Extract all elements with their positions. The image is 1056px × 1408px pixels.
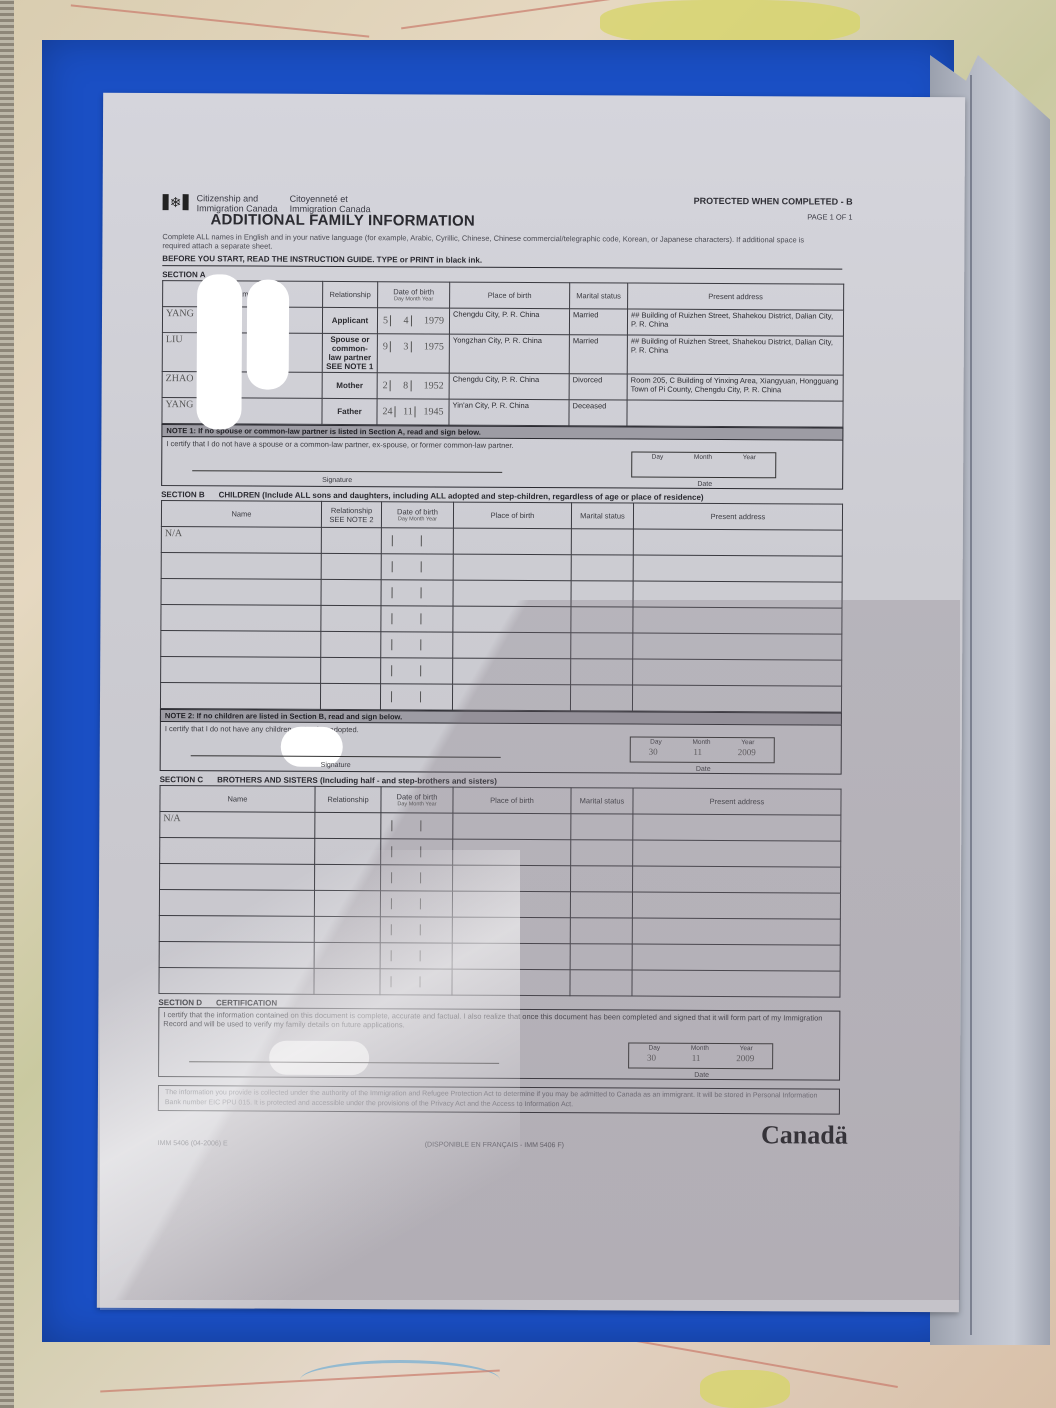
- redaction-mark: [281, 727, 343, 767]
- place-cell[interactable]: [453, 528, 571, 555]
- form-paper: ❄ Citizenship andImmigration Canada Cito…: [97, 93, 965, 1312]
- redaction-mark: [196, 274, 242, 429]
- relationship-cell[interactable]: [314, 916, 380, 942]
- dob-cell[interactable]: [381, 813, 453, 839]
- name-cell[interactable]: [161, 579, 321, 606]
- place-cell[interactable]: [452, 969, 570, 996]
- relationship-cell[interactable]: [321, 657, 381, 683]
- address-cell[interactable]: [632, 892, 840, 919]
- dob-cell[interactable]: [381, 554, 453, 580]
- address-cell[interactable]: [633, 866, 841, 893]
- name-cell[interactable]: [161, 605, 321, 632]
- address-cell[interactable]: [633, 607, 842, 634]
- dob-cell[interactable]: [381, 865, 453, 891]
- relationship-cell[interactable]: [320, 683, 380, 709]
- dob-cell[interactable]: [381, 580, 453, 606]
- table-row: [159, 916, 840, 946]
- column-header: Name: [163, 281, 323, 308]
- marital-cell[interactable]: [571, 659, 633, 685]
- place-cell[interactable]: Chengdu City, P. R. China: [449, 308, 569, 335]
- column-header: Marital status: [570, 283, 628, 309]
- column-header: Place of birth: [453, 502, 571, 529]
- relationship-cell[interactable]: [315, 864, 381, 890]
- relationship-cell[interactable]: [314, 890, 380, 916]
- certify-text: I certify that the information contained…: [163, 1010, 835, 1032]
- column-header: Present address: [633, 503, 842, 530]
- signature-field[interactable]: [191, 755, 501, 758]
- name-cell[interactable]: [159, 916, 314, 943]
- place-cell[interactable]: Yongzhan City, P. R. China: [449, 334, 569, 374]
- name-cell[interactable]: N/A: [160, 812, 315, 839]
- address-cell[interactable]: ## Building of Ruizhen Street, Shahekou …: [627, 309, 843, 336]
- marital-cell[interactable]: Divorced: [569, 374, 627, 400]
- marital-cell[interactable]: Deceased: [569, 400, 627, 426]
- address-cell[interactable]: [632, 918, 840, 945]
- name-cell[interactable]: [159, 890, 314, 917]
- marital-cell[interactable]: [571, 529, 633, 555]
- place-cell[interactable]: [453, 632, 571, 659]
- dob-cell[interactable]: 24111945: [377, 399, 449, 425]
- french-availability: (DISPONIBLE EN FRANÇAIS - IMM 5406 F): [425, 1141, 564, 1149]
- dob-cell[interactable]: [381, 632, 453, 658]
- name-cell[interactable]: LIU: [162, 333, 322, 373]
- relationship-cell[interactable]: [315, 838, 381, 864]
- dob-cell[interactable]: [381, 528, 453, 554]
- name-cell[interactable]: YANG: [162, 307, 322, 334]
- address-cell[interactable]: [633, 581, 842, 608]
- table-row: [161, 605, 842, 635]
- column-header: Present address: [628, 283, 844, 310]
- place-cell[interactable]: [452, 684, 570, 711]
- protected-label: PROTECTED WHEN COMPLETED - B: [694, 196, 853, 207]
- column-header: Marital status: [571, 503, 633, 529]
- relationship-cell[interactable]: [314, 968, 380, 994]
- name-cell[interactable]: N/A: [161, 527, 321, 554]
- relationship-cell: Spouse or common-law partner SEE NOTE 1: [322, 333, 377, 372]
- marital-cell[interactable]: [570, 918, 632, 944]
- signature-field[interactable]: [192, 470, 502, 473]
- column-header: Date of birthDay Month Year: [378, 282, 450, 308]
- dob-cell[interactable]: [380, 943, 452, 969]
- dob-cell[interactable]: 541979: [377, 308, 449, 334]
- place-cell[interactable]: [453, 580, 571, 607]
- place-cell[interactable]: [452, 891, 570, 918]
- column-header: Relationship: [315, 786, 381, 812]
- relationship-cell[interactable]: [315, 812, 381, 838]
- marital-cell[interactable]: [570, 970, 632, 996]
- date-field[interactable]: DayMonthYear 30112009: [630, 737, 775, 764]
- date-label: Date: [697, 481, 712, 488]
- place-cell[interactable]: [453, 839, 571, 866]
- name-cell[interactable]: [159, 942, 314, 969]
- relationship-cell: Father: [322, 398, 377, 424]
- name-cell[interactable]: [161, 631, 321, 658]
- section-d-certification: I certify that the information contained…: [158, 1007, 840, 1081]
- instructions: Complete ALL names in English and in you…: [162, 232, 812, 253]
- column-header: Place of birth: [450, 282, 570, 309]
- marital-cell[interactable]: Married: [569, 335, 627, 374]
- place-cell[interactable]: Yin'an City, P. R. China: [449, 399, 569, 426]
- marital-cell[interactable]: [570, 685, 632, 711]
- dob-cell[interactable]: [380, 917, 452, 943]
- ruler-strip: [0, 0, 14, 1408]
- name-cell[interactable]: YANG: [162, 398, 322, 425]
- dob-cell[interactable]: [381, 839, 453, 865]
- dob-cell[interactable]: [380, 891, 452, 917]
- dob-cell[interactable]: [381, 658, 453, 684]
- relationship-cell[interactable]: [314, 942, 380, 968]
- column-header: Relationship SEE NOTE 2: [321, 501, 381, 527]
- form-number: IMM 5406 (04-2006) E: [158, 1140, 228, 1147]
- address-cell[interactable]: [633, 814, 841, 841]
- privacy-notice: The information you provide is collected…: [158, 1085, 840, 1115]
- table-row: [160, 838, 841, 868]
- marital-cell[interactable]: [571, 814, 633, 840]
- redaction-mark: [247, 280, 290, 390]
- place-cell[interactable]: [453, 554, 571, 581]
- marital-cell[interactable]: [571, 607, 633, 633]
- column-header: Marital status: [571, 788, 633, 814]
- marital-cell[interactable]: [571, 866, 633, 892]
- form-title: ADDITIONAL FAMILY INFORMATION: [210, 211, 475, 229]
- name-cell[interactable]: [161, 553, 321, 580]
- column-header: Name: [160, 786, 315, 813]
- relationship-cell: Mother: [322, 372, 377, 398]
- table-row: [159, 890, 840, 920]
- address-cell[interactable]: [633, 659, 842, 686]
- address-cell[interactable]: [633, 840, 841, 867]
- marital-cell[interactable]: [570, 944, 632, 970]
- name-cell[interactable]: [159, 968, 314, 995]
- redaction-mark: [269, 1041, 369, 1076]
- address-cell[interactable]: [627, 400, 843, 427]
- table-row: [161, 579, 842, 609]
- table-row: [160, 864, 841, 894]
- dob-cell[interactable]: 281952: [377, 373, 449, 399]
- marital-cell[interactable]: [571, 840, 633, 866]
- date-field[interactable]: DayMonthYear 30112009: [628, 1043, 773, 1070]
- address-cell[interactable]: Room 205, C Building of Yinxing Area, Xi…: [627, 374, 843, 401]
- relationship-cell[interactable]: [321, 527, 381, 553]
- signature-label: Signature: [321, 762, 351, 769]
- certify-text: I certify that I do not have a spouse or…: [166, 439, 838, 452]
- imm5406-form: ❄ Citizenship andImmigration Canada Cito…: [158, 193, 853, 1151]
- place-cell[interactable]: [453, 813, 571, 840]
- relationship-cell[interactable]: [321, 605, 381, 631]
- address-cell[interactable]: [632, 685, 841, 712]
- column-header: Date of birthDay Month Year: [381, 787, 453, 813]
- name-cell[interactable]: [160, 838, 315, 865]
- relationship-cell[interactable]: [321, 631, 381, 657]
- table-row: [159, 968, 840, 998]
- name-cell[interactable]: ZHAO: [162, 372, 322, 399]
- column-header: Date of birthDay Month Year: [381, 502, 453, 528]
- date-field[interactable]: DayMonthYear: [631, 452, 776, 479]
- table-row: [161, 631, 842, 661]
- address-cell[interactable]: [633, 555, 842, 582]
- marital-cell[interactable]: [571, 555, 633, 581]
- relationship-cell[interactable]: [321, 579, 381, 605]
- table-row: N/A: [160, 812, 841, 842]
- table-row: YANGFather24111945Yin'an City, P. R. Chi…: [162, 398, 843, 428]
- dob-cell[interactable]: 931975: [377, 334, 449, 373]
- column-header: Relationship: [323, 281, 378, 307]
- note-2-certification: I certify that I do not have any childre…: [160, 721, 842, 775]
- date-label: Date: [694, 1072, 709, 1079]
- relationship-cell[interactable]: [321, 553, 381, 579]
- name-cell[interactable]: [160, 864, 315, 891]
- signature-label: Signature: [322, 477, 352, 484]
- place-cell[interactable]: [453, 658, 571, 685]
- page-number: PAGE 1 OF 1: [694, 212, 853, 222]
- table-row: [161, 657, 842, 687]
- table-row: N/A: [161, 527, 842, 557]
- canada-wordmark: Canadä: [761, 1120, 848, 1150]
- marital-cell[interactable]: Married: [569, 309, 627, 335]
- place-cell[interactable]: [453, 606, 571, 633]
- address-cell[interactable]: [633, 529, 842, 556]
- dob-cell[interactable]: [380, 684, 452, 710]
- relationship-cell: Applicant: [322, 307, 377, 333]
- table-row: [159, 942, 840, 972]
- address-cell[interactable]: [632, 944, 840, 971]
- section-c-table: NameRelationshipDate of birthDay Month Y…: [158, 785, 841, 998]
- column-header: Name: [161, 501, 321, 528]
- address-cell[interactable]: [633, 633, 842, 660]
- canada-flag-icon: ❄: [163, 193, 189, 211]
- name-cell[interactable]: [160, 683, 320, 710]
- dob-cell[interactable]: [381, 606, 453, 632]
- marital-cell[interactable]: [571, 633, 633, 659]
- column-header: Present address: [633, 788, 841, 815]
- name-cell[interactable]: [161, 657, 321, 684]
- certify-text: I certify that I do not have any childre…: [165, 724, 837, 737]
- address-cell[interactable]: ## Building of Ruizhen Street, Shahekou …: [627, 335, 843, 375]
- date-label: Date: [696, 766, 711, 773]
- place-cell[interactable]: [452, 943, 570, 970]
- section-b-table: NameRelationship SEE NOTE 2Date of birth…: [160, 500, 843, 713]
- table-row: [160, 683, 841, 713]
- column-header: Place of birth: [453, 787, 571, 814]
- place-cell[interactable]: [452, 917, 570, 944]
- address-cell[interactable]: [632, 970, 840, 997]
- table-row: [161, 553, 842, 583]
- marital-cell[interactable]: [571, 581, 633, 607]
- place-cell[interactable]: [453, 865, 571, 892]
- marital-cell[interactable]: [570, 892, 632, 918]
- note-1-certification: I certify that I do not have a spouse or…: [161, 436, 843, 490]
- dob-cell[interactable]: [380, 969, 452, 995]
- before-start-note: BEFORE YOU START, READ THE INSTRUCTION G…: [162, 254, 842, 270]
- place-cell[interactable]: Chengdu City, P. R. China: [449, 373, 569, 400]
